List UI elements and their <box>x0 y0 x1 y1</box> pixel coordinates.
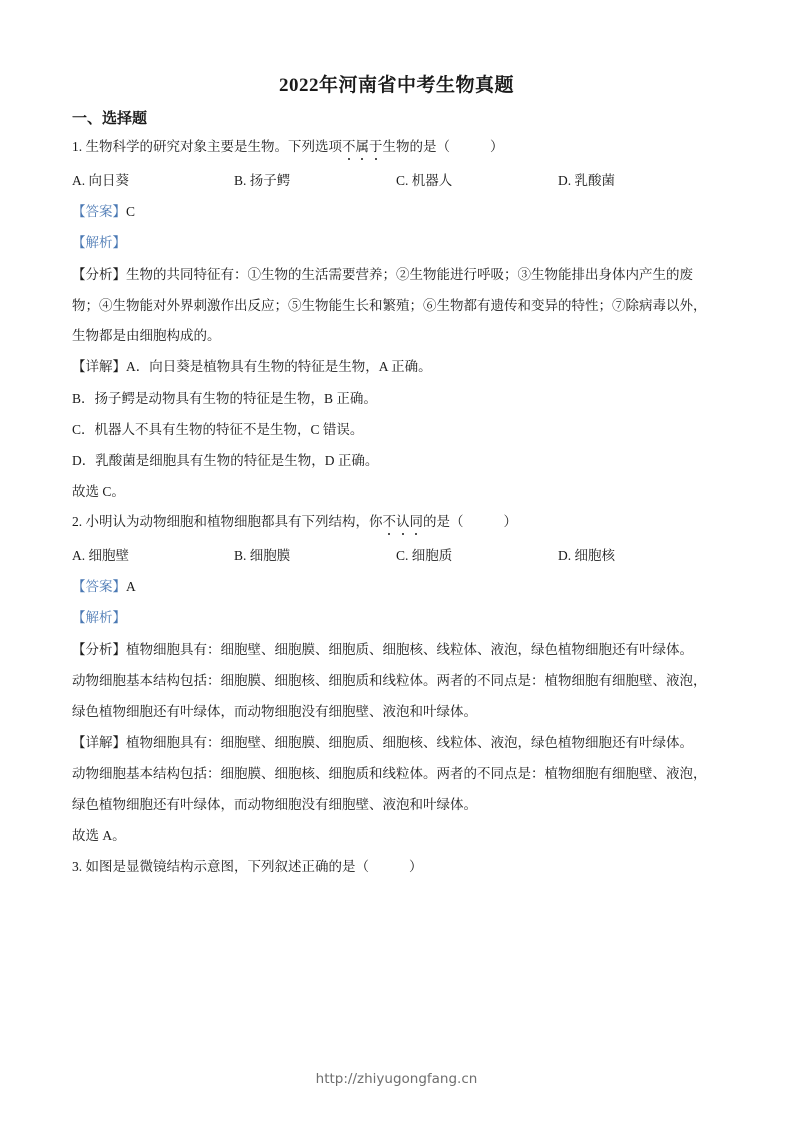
question-2-stem: 2. 小明认为动物细胞和植物细胞都具有下列结构，你不认同的是（） <box>72 513 517 531</box>
emphasis-char: 不 <box>342 138 356 156</box>
question-1-fenxi-line-1: 【分析】生物的共同特征有：①生物的生活需要营养；②生物能进行呼吸；③生物能排出身… <box>72 266 693 284</box>
question-1-xiangjie-line-2: B．扬子鳄是动物具有生物的特征是生物，B 正确。 <box>72 390 377 408</box>
page-title: 2022年河南省中考生物真题 <box>0 70 793 97</box>
question-1-conclusion: 故选 C。 <box>72 483 125 501</box>
question-2-option-b: B. 细胞膜 <box>234 547 290 565</box>
question-1-fenxi-line-2: 物；④生物能对外界刺激作出反应；⑤生物能生长和繁殖；⑥生物都有遗传和变异的特性；… <box>72 297 707 315</box>
answer-label: 【答案】 <box>72 579 126 594</box>
answer-label: 【答案】 <box>72 204 126 219</box>
question-2-fenxi-line-3: 绿色植物细胞还有叶绿体，而动物细胞没有细胞壁、液泡和叶绿体。 <box>72 703 477 721</box>
emphasis-char: 认 <box>396 513 410 531</box>
question-1-option-c: C. 机器人 <box>396 172 452 190</box>
emphasis-char: 属 <box>356 138 370 156</box>
question-1-option-a: A. 向日葵 <box>72 172 129 190</box>
question-2-option-d: D. 细胞核 <box>558 547 615 565</box>
question-2-conclusion: 故选 A。 <box>72 827 126 845</box>
question-1-analysis-label: 【解析】 <box>72 234 126 252</box>
emphasis-char: 不 <box>383 513 397 531</box>
question-1-stem: 1. 生物科学的研究对象主要是生物。下列选项不属于生物的是（） <box>72 138 504 156</box>
question-2-answer: 【答案】A <box>72 578 136 596</box>
question-2-fenxi-line-1: 【分析】植物细胞具有：细胞壁、细胞膜、细胞质、细胞核、线粒体、液泡，绿色植物细胞… <box>72 641 693 659</box>
question-2-option-c: C. 细胞质 <box>396 547 452 565</box>
emphasis-char: 同 <box>410 513 424 531</box>
question-1-xiangjie-line-1: 【详解】A．向日葵是植物具有生物的特征是生物，A 正确。 <box>72 358 432 376</box>
question-2-option-a: A. 细胞壁 <box>72 547 129 565</box>
question-2-fenxi-line-2: 动物细胞基本结构包括：细胞膜、细胞核、细胞质和线粒体。两者的不同点是：植物细胞有… <box>72 672 707 690</box>
question-2-xiangjie-line-2: 动物细胞基本结构包括：细胞膜、细胞核、细胞质和线粒体。两者的不同点是：植物细胞有… <box>72 765 707 783</box>
question-2-xiangjie-line-1: 【详解】植物细胞具有：细胞壁、细胞膜、细胞质、细胞核、线粒体、液泡，绿色植物细胞… <box>72 734 693 752</box>
question-1-xiangjie-line-4: D．乳酸菌是细胞具有生物的特征是生物，D 正确。 <box>72 452 378 470</box>
footer-url[interactable]: http://zhiyugongfang.cn <box>0 1071 793 1087</box>
question-1-xiangjie-line-3: C．机器人不具有生物的特征不是生物，C 错误。 <box>72 421 363 439</box>
question-3-stem: 3. 如图是显微镜结构示意图，下列叙述正确的是（） <box>72 858 423 876</box>
question-2-analysis-label: 【解析】 <box>72 609 126 627</box>
question-1-answer: 【答案】C <box>72 203 135 221</box>
emphasis-char: 于 <box>369 138 383 156</box>
question-1-option-b: B. 扬子鳄 <box>234 172 290 190</box>
question-1-option-d: D. 乳酸菌 <box>558 172 615 190</box>
question-2-xiangjie-line-3: 绿色植物细胞还有叶绿体，而动物细胞没有细胞壁、液泡和叶绿体。 <box>72 796 477 814</box>
section-heading: 一、选择题 <box>72 107 147 128</box>
question-1-fenxi-line-3: 生物都是由细胞构成的。 <box>72 327 221 345</box>
